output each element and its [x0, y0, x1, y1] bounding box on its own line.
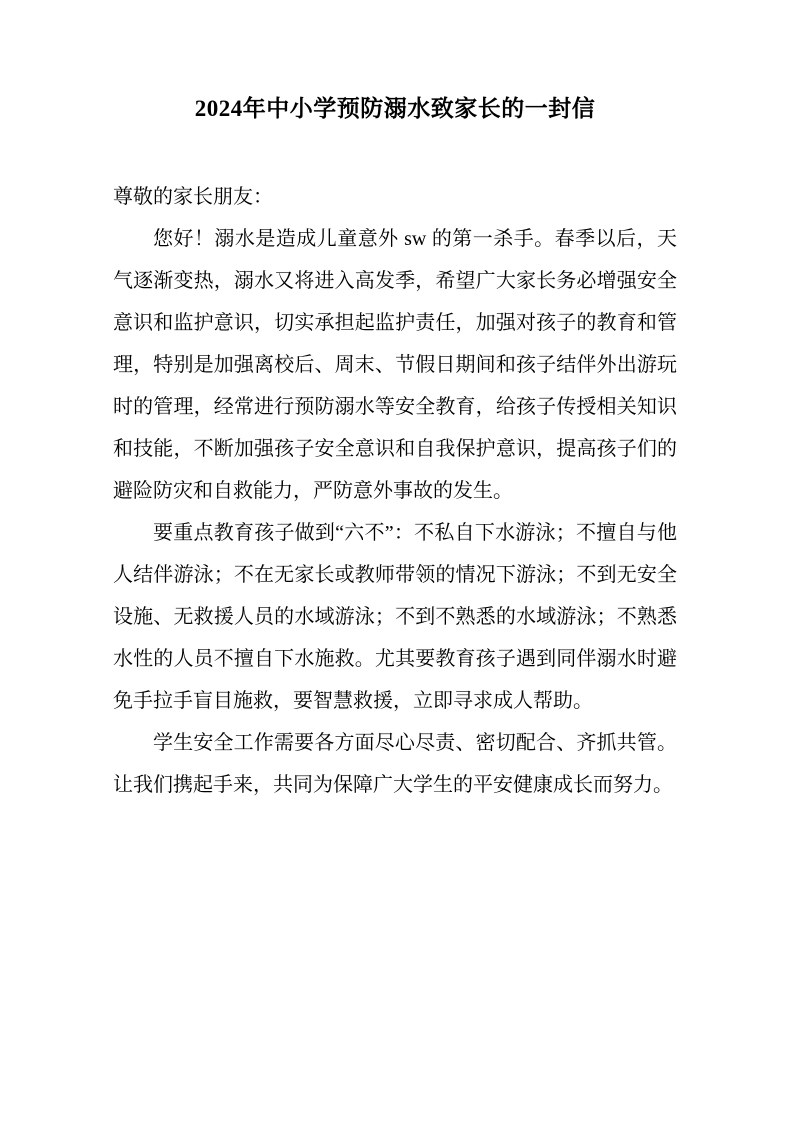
body-paragraph-1: 您好！溺水是造成儿童意外 sw 的第一杀手。春季以后，天气逐渐变热，溺水又将进入…: [113, 218, 677, 512]
body-paragraph-2: 要重点教育孩子做到“六不”：不私自下水游泳；不擅自与他人结伴游泳；不在无家长或教…: [113, 512, 677, 722]
salutation-line: 尊敬的家长朋友：: [113, 176, 677, 218]
document-title: 2024年中小学预防溺水致家长的一封信: [113, 92, 677, 126]
document-page: 2024年中小学预防溺水致家长的一封信 尊敬的家长朋友： 您好！溺水是造成儿童意…: [0, 0, 793, 1122]
body-paragraph-3: 学生安全工作需要各方面尽心尽责、密切配合、齐抓共管。让我们携起手来，共同为保障广…: [113, 722, 677, 806]
document-content: 2024年中小学预防溺水致家长的一封信 尊敬的家长朋友： 您好！溺水是造成儿童意…: [113, 92, 677, 806]
